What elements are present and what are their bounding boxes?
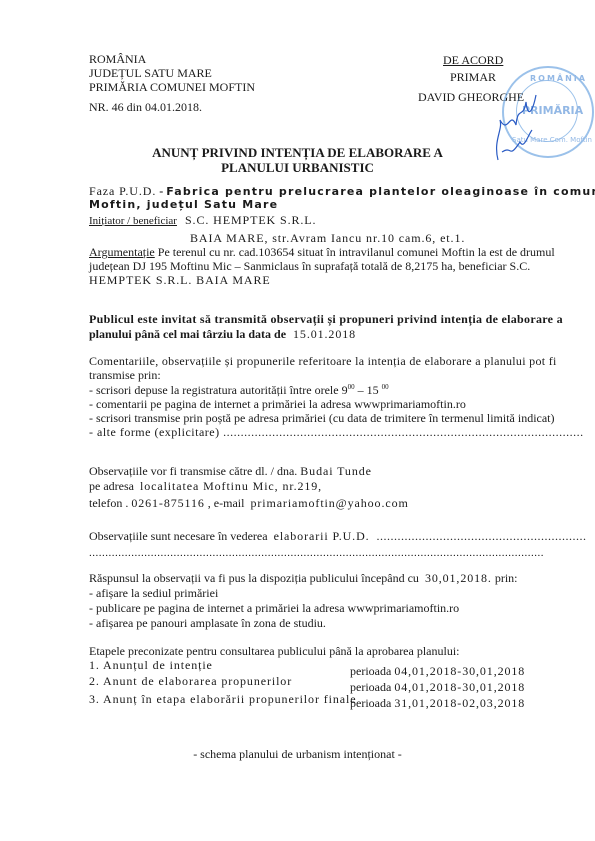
stages-intro: Etapele preconizate pentru consultarea p…: [89, 644, 460, 659]
country-label: ROMÂNIA: [89, 52, 146, 67]
initiator-line: Inițiator / beneficiar S.C. HEMPTEK S.R.…: [89, 213, 316, 228]
faza-label: Faza P.U.D.: [89, 184, 156, 198]
necessity-line: Observațiile sunt necesare în vederea el…: [89, 529, 587, 544]
deadline-date: 15.01.2018: [293, 327, 356, 341]
argumentatie-label: Argumentație: [89, 245, 155, 259]
contact-address: localitatea Moftinu Mic, nr.219,: [140, 479, 322, 493]
institution-label: PRIMĂRIA COMUNEI MOFTIN: [89, 80, 255, 95]
stage-item-label: 2. Anunt de elaborarea propunerilor: [89, 674, 292, 689]
faza-line: Faza P.U.D. - Fabrica pentru prelucrarea…: [89, 184, 595, 199]
response-item: - publicare pe pagina de internet a prim…: [89, 601, 459, 616]
argumentatie-line3: HEMPTEK S.R.L. BAIA MARE: [89, 273, 271, 288]
approval-label: DE ACORD: [443, 53, 503, 68]
invitation-text: planului până cel mai târziu la data de: [89, 327, 286, 341]
response-item: - afișarea pe panouri amplasate în zona …: [89, 616, 326, 631]
hour-sup: 00: [348, 383, 355, 391]
stage-item-period: perioada 04,01,2018-30,01,2018: [350, 664, 525, 679]
invitation-line2: planului până cel mai târziu la data de …: [89, 327, 356, 342]
contact-label: Observațiile vor fi transmise către dl. …: [89, 464, 297, 478]
invitation-line1: Publicul este invitat să transmită obser…: [89, 312, 563, 327]
response-item: - afișare la sediul primăriei: [89, 586, 218, 601]
stage-item-period: perioada 31,01,2018-02,03,2018: [350, 696, 525, 711]
stage-item-period: perioada 04,01,2018-30,01,2018: [350, 680, 525, 695]
contact-email: primariamoftin@yahoo.com: [250, 496, 408, 510]
response-label: Răspunsul la observații va fi pus la dis…: [89, 571, 419, 585]
faza-dash: -: [156, 184, 166, 198]
comment-channel-item: - scrisori depuse la registratura autori…: [89, 383, 389, 398]
comment-channel-text: - scrisori depuse la registratura autori…: [89, 383, 348, 397]
notice-title-line2: PLANULUI URBANISTIC: [0, 160, 595, 175]
hour-dash: – 15: [355, 383, 382, 397]
response-date: 30,01,2018.: [425, 571, 492, 585]
period-label: perioada: [350, 664, 391, 678]
contact-line1: Observațiile vor fi transmise către dl. …: [89, 464, 372, 479]
registration-number: NR. 46 din 04.01.2018.: [89, 100, 202, 115]
comment-channel-item: - scrisori transmise prin poștă pe adres…: [89, 411, 555, 426]
necessity-dots-line: ........................................…: [89, 547, 544, 559]
argumentatie-line2: județean DJ 195 Moftinu Mic – Sanmiclaus…: [89, 259, 530, 274]
period-value: 04,01,2018-30,01,2018: [394, 664, 525, 678]
necessity-label: Observațiile sunt necesare în vederea: [89, 529, 268, 543]
hour-sup: 00: [382, 383, 389, 391]
comment-channel-item: - alte forme (explicitare) .............…: [89, 425, 584, 440]
faza-description-line2: Moftin, județul Satu Mare: [89, 198, 278, 211]
stamp-top-text: ROMÂNIA: [530, 74, 587, 83]
response-line: Răspunsul la observații va fi pus la dis…: [89, 571, 518, 586]
argumentatie-line1: Argumentație Pe terenul cu nr. cad.10365…: [89, 245, 555, 260]
contact-line3: telefon . 0261-875116 , e-mail primariam…: [89, 496, 409, 511]
initiator-address: BAIA MARE, str.Avram Iancu nr.10 cam.6, …: [190, 231, 465, 246]
notice-title-line1: ANUNȚ PRIVIND INTENȚIA DE ELABORARE A: [0, 145, 595, 160]
stage-item-label: 3. Anunț în etapa elaborării propunerilo…: [89, 692, 356, 707]
address-label: pe adresa: [89, 479, 134, 493]
period-label: perioada: [350, 696, 391, 710]
contact-phone: 0261-875116: [131, 496, 204, 510]
contact-person: Budai Tunde: [300, 464, 372, 478]
argumentatie-text: Pe terenul cu nr. cad.103654 situat în i…: [158, 245, 555, 259]
necessity-value: elaborarii P.U.D.: [274, 529, 370, 543]
period-value: 04,01,2018-30,01,2018: [394, 680, 525, 694]
county-label: JUDEȚUL SATU MARE: [89, 66, 212, 81]
initiator-name: S.C. HEMPTEK S.R.L.: [185, 213, 316, 227]
stage-item-label: 1. Anunțul de intenție: [89, 658, 213, 673]
faza-description: Fabrica pentru prelucrarea plantelor ole…: [166, 185, 595, 198]
response-suffix: prin:: [495, 571, 518, 585]
contact-line2: pe adresa localitatea Moftinu Mic, nr.21…: [89, 479, 322, 494]
comments-intro-line1: Comentariile, observațiile și propuneril…: [89, 354, 557, 369]
necessity-dots: ........................................…: [377, 529, 587, 543]
email-label: , e-mail: [208, 496, 245, 510]
comments-intro-line2: transmise prin:: [89, 368, 161, 383]
period-value: 31,01,2018-02,03,2018: [394, 696, 525, 710]
initiator-label: Inițiator / beneficiar: [89, 215, 177, 227]
approval-role: PRIMAR: [450, 70, 496, 85]
phone-label: telefon .: [89, 496, 128, 510]
comment-channel-item: - comentarii pe pagina de internet a pri…: [89, 397, 466, 412]
schema-caption: - schema planului de urbanism intenționa…: [0, 747, 595, 762]
